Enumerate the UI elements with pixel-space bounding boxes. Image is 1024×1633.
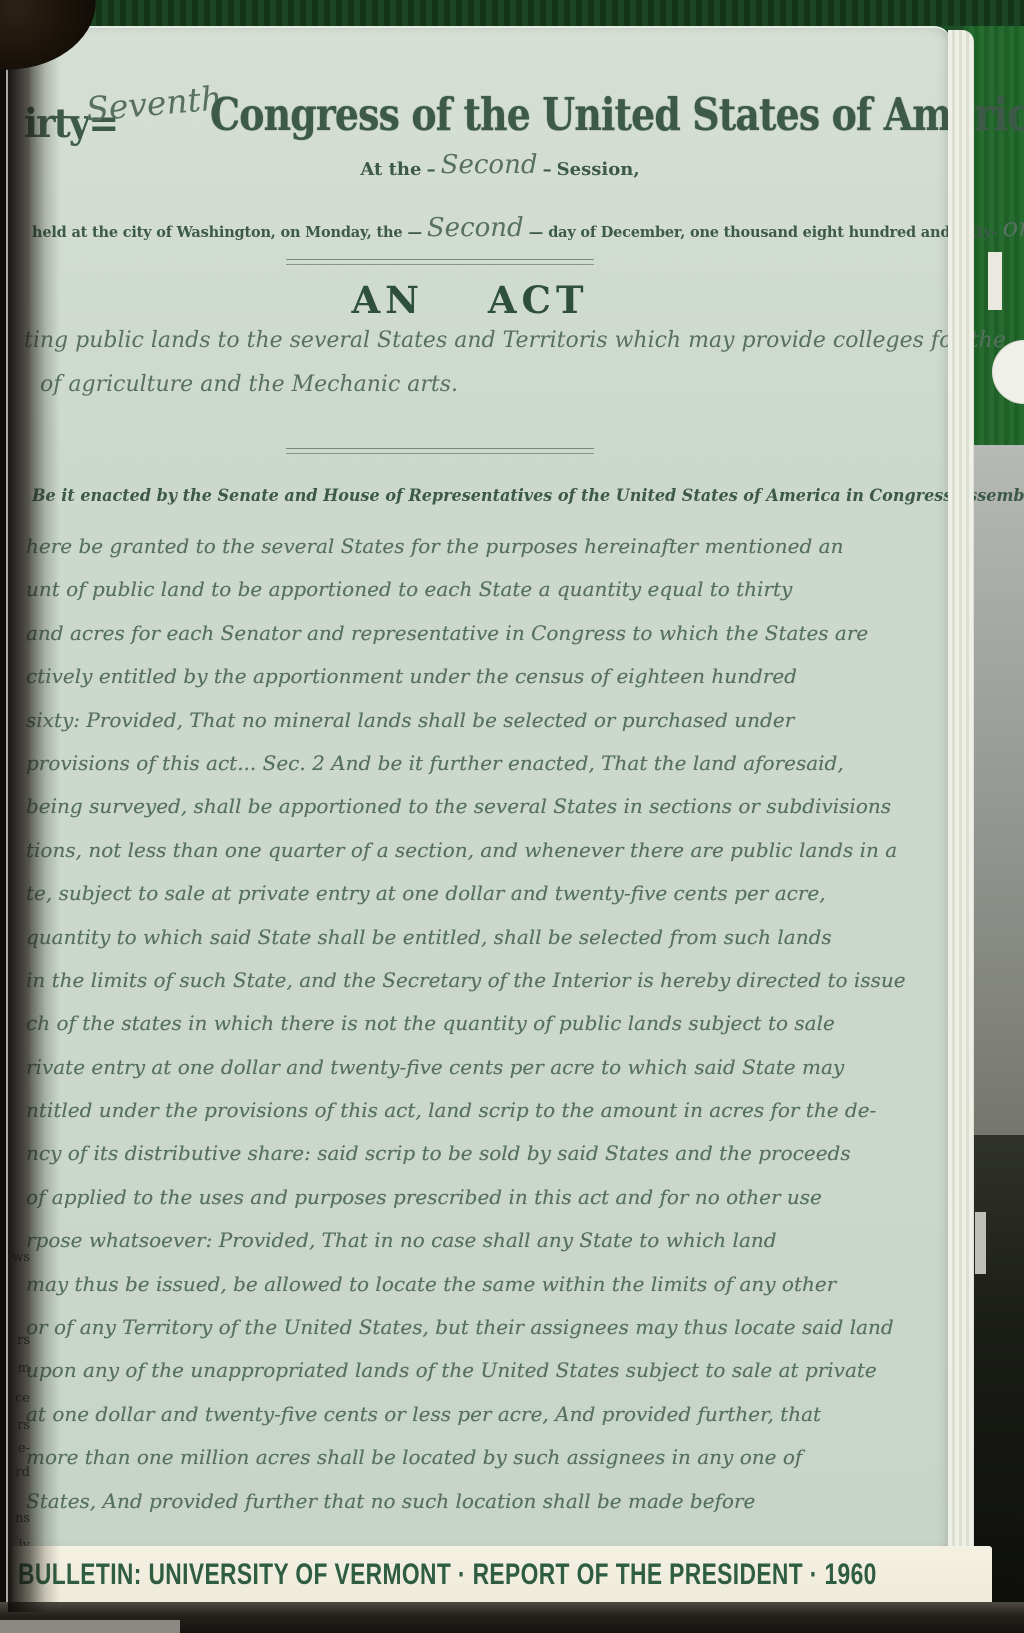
act-subtitle-line: of agriculture and the Mechanic arts.	[40, 372, 1000, 397]
handwritten-line: or of any Territory of the United States…	[26, 1306, 984, 1349]
session-pre: At the	[360, 159, 421, 180]
bottom-light-patch	[0, 1620, 180, 1633]
handwritten-line: ch of the states in which there is not t…	[26, 1002, 984, 1045]
congress-number-handwritten: Seventh	[85, 78, 224, 129]
handwritten-line: ctively entitled by the apportionment un…	[26, 655, 984, 698]
bulletin-cover-photo: ws rs m ce rs e- rd ns ly nd irty= Seven…	[0, 0, 1024, 1633]
act-subtitle-line: ting public lands to the several States …	[24, 328, 984, 353]
document-page: irty= Seventh Congress of the United Sta…	[30, 26, 950, 1548]
handwritten-line: te, subject to sale at private entry at …	[26, 872, 984, 915]
held-post: day of December, one thousand eight hund…	[548, 224, 997, 241]
handwritten-line: sixty: Provided, That no mineral lands s…	[26, 699, 984, 742]
handwritten-line: upon any of the unappropriated lands of …	[26, 1349, 984, 1392]
session-post: Session,	[557, 159, 640, 180]
handwritten-line: ntitled under the provisions of this act…	[26, 1089, 984, 1132]
handwritten-line: of applied to the uses and purposes pres…	[26, 1176, 984, 1219]
handwritten-line: in the limits of such State, and the Sec…	[26, 959, 984, 1002]
session-line: At the – Second – Session,	[60, 152, 940, 182]
held-handwritten-year: one	[1002, 213, 1024, 243]
handwritten-line: may thus be issued, be allowed to locate…	[26, 1263, 984, 1306]
session-dash2: –	[543, 159, 552, 180]
handwritten-line: and acres for each Senator and represent…	[26, 612, 984, 655]
handwritten-line: more than one million acres shall be loc…	[26, 1436, 984, 1479]
held-handwritten: Second	[427, 213, 524, 243]
enacting-clause: Be it enacted by the Senate and House of…	[32, 486, 959, 505]
held-dash: —	[407, 224, 421, 241]
congress-title: Congress of the United States of America…	[210, 88, 1024, 141]
session-dash: –	[427, 159, 436, 180]
cover-top-band	[0, 0, 1024, 26]
page-edge-highlight	[948, 30, 974, 1546]
handwritten-line: here be granted to the several States fo…	[26, 525, 984, 568]
handwritten-line: at one dollar and twenty-five cents or l…	[26, 1393, 984, 1436]
handwritten-line: provisions of this act... Sec. 2 And be …	[26, 742, 984, 785]
handwritten-line: tions, not less than one quarter of a se…	[26, 829, 984, 872]
bulletin-title: BULLETIN: UNIVERSITY OF VERMONT · REPORT…	[18, 1546, 877, 1602]
session-handwritten: Second	[441, 150, 538, 180]
divider-rule	[286, 448, 594, 454]
handwritten-line: rpose whatsoever: Provided, That in no c…	[26, 1219, 984, 1262]
act-body-text: here be granted to the several States fo…	[26, 525, 984, 1523]
cover-white-notch	[988, 252, 1002, 310]
act-heading: AN ACT	[30, 278, 910, 322]
handwritten-line: ncy of its distributive share: said scri…	[26, 1132, 984, 1175]
footer-band: BULLETIN: UNIVERSITY OF VERMONT · REPORT…	[12, 1546, 992, 1602]
masthead: irty= Seventh Congress of the United Sta…	[30, 78, 1024, 158]
handwritten-line: being surveyed, shall be apportioned to …	[26, 785, 984, 828]
handwritten-line: unt of public land to be apportioned to …	[26, 568, 984, 611]
handwritten-line: quantity to which said State shall be en…	[26, 916, 984, 959]
held-dash2: —	[529, 224, 543, 241]
held-line: held at the city of Washington, on Monda…	[32, 214, 992, 244]
handwritten-line: rivate entry at one dollar and twenty-fi…	[26, 1046, 984, 1089]
divider-rule	[286, 259, 594, 265]
handwritten-line: States, And provided further that no suc…	[26, 1480, 984, 1523]
held-pre: held at the city of Washington, on Monda…	[32, 224, 402, 241]
